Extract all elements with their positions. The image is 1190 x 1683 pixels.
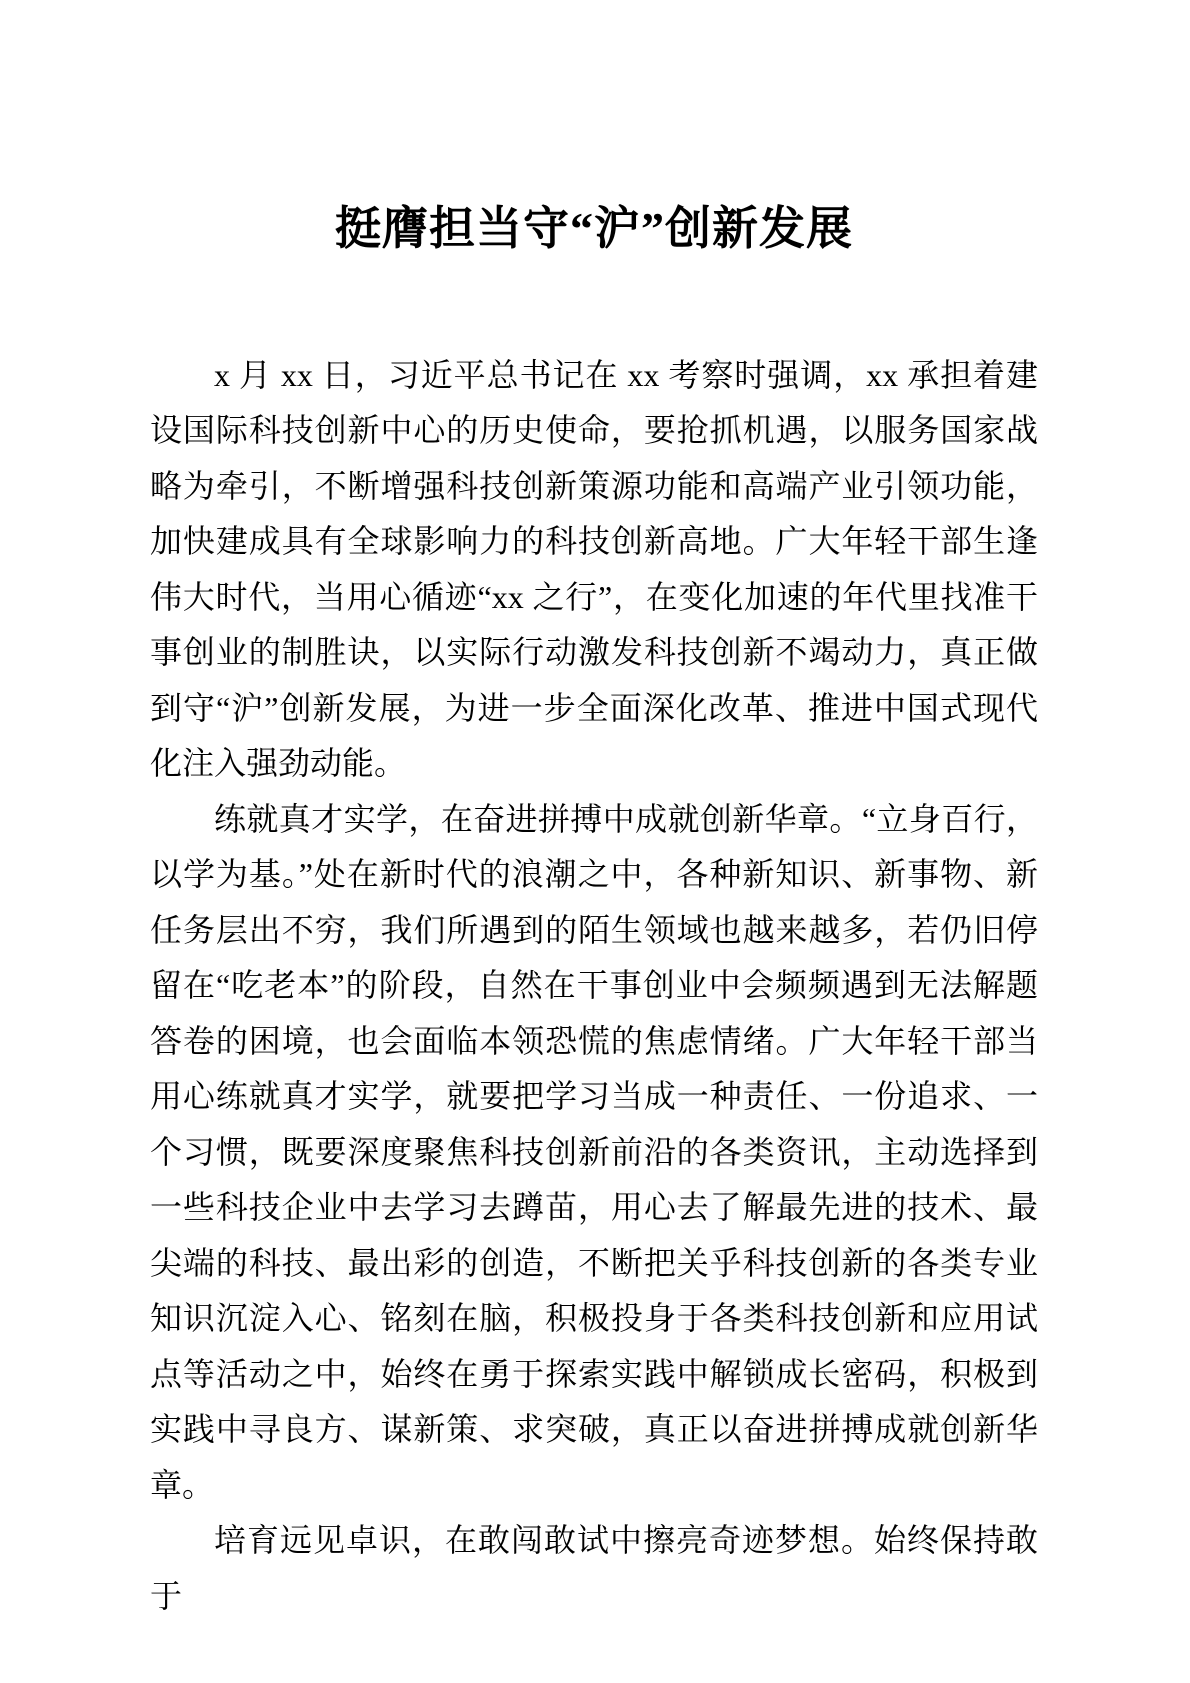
document-title: 挺膺担当守“沪”创新发展	[150, 200, 1038, 258]
document-page: 挺膺担当守“沪”创新发展 x 月 xx 日，习近平总书记在 xx 考察时强调，x…	[0, 0, 1190, 1683]
paragraph-3: 培育远见卓识，在敢闯敢试中擦亮奇迹梦想。始终保持敢于	[150, 1513, 1038, 1624]
paragraph-1: x 月 xx 日，习近平总书记在 xx 考察时强调，xx 承担着建设国际科技创新…	[150, 348, 1038, 792]
paragraph-2: 练就真才实学，在奋进拼搏中成就创新华章。“立身百行，以学为基。”处在新时代的浪潮…	[150, 792, 1038, 1514]
document-body: x 月 xx 日，习近平总书记在 xx 考察时强调，xx 承担着建设国际科技创新…	[150, 348, 1038, 1625]
